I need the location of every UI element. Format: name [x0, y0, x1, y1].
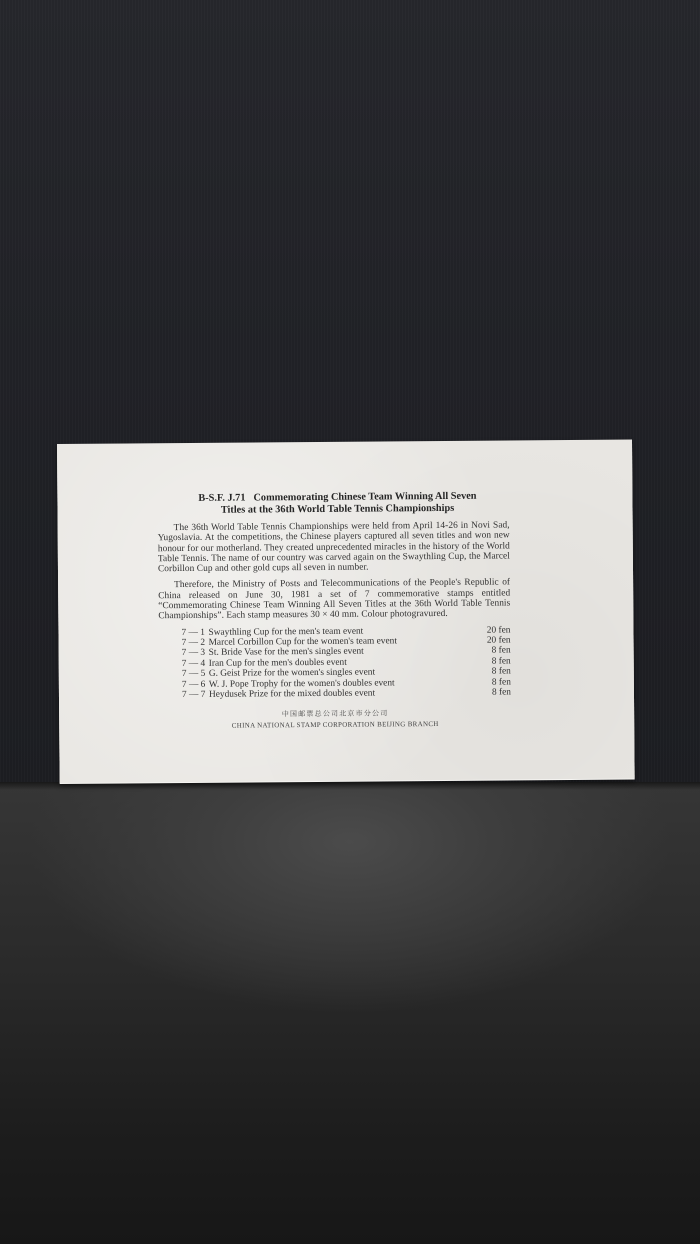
stamp-number: 7 — 6: [159, 679, 209, 690]
card-title: B-S.F. J.71Commemorating Chinese Team Wi…: [157, 490, 509, 517]
stamp-description: Heydusek Prize for the mixed doubles eve…: [209, 688, 471, 700]
stamp-value: 20 fen: [470, 625, 510, 636]
stamp-number: 7 — 3: [159, 648, 209, 659]
issue-code: B-S.F. J.71: [198, 493, 245, 504]
stamp-row: 7 — 7 Heydusek Prize for the mixed doubl…: [159, 687, 511, 700]
tabletop-surface: [0, 782, 700, 1244]
paragraph-issue-details: Therefore, the Ministry of Posts and Tel…: [158, 578, 510, 622]
stamp-number: 7 — 7: [159, 690, 209, 701]
paragraph-history: The 36th World Table Tennis Championship…: [158, 520, 510, 574]
stamp-value: 8 fen: [471, 656, 511, 667]
card-content: B-S.F. J.71Commemorating Chinese Team Wi…: [157, 490, 511, 732]
stamp-list: 7 — 1 Swaythling Cup for the men's team …: [158, 625, 511, 700]
stamp-number: 7 — 5: [159, 669, 209, 680]
stamp-value: 8 fen: [471, 677, 511, 688]
tabletop-edge-shadow: [0, 782, 700, 790]
stamp-value: 8 fen: [471, 687, 511, 698]
stamp-value: 8 fen: [471, 667, 511, 678]
stamp-number: 7 — 4: [159, 659, 209, 670]
stamp-info-card: B-S.F. J.71Commemorating Chinese Team Wi…: [57, 439, 635, 783]
publisher-name-english: CHINA NATIONAL STAMP CORPORATION BEIJING…: [159, 719, 511, 733]
stamp-value: 8 fen: [471, 646, 511, 657]
stamp-number: 7 — 1: [158, 627, 208, 638]
publisher-footer: 中国邮票总公司北京市分公司 CHINA NATIONAL STAMP CORPO…: [159, 708, 511, 733]
stamp-number: 7 — 2: [159, 638, 209, 649]
